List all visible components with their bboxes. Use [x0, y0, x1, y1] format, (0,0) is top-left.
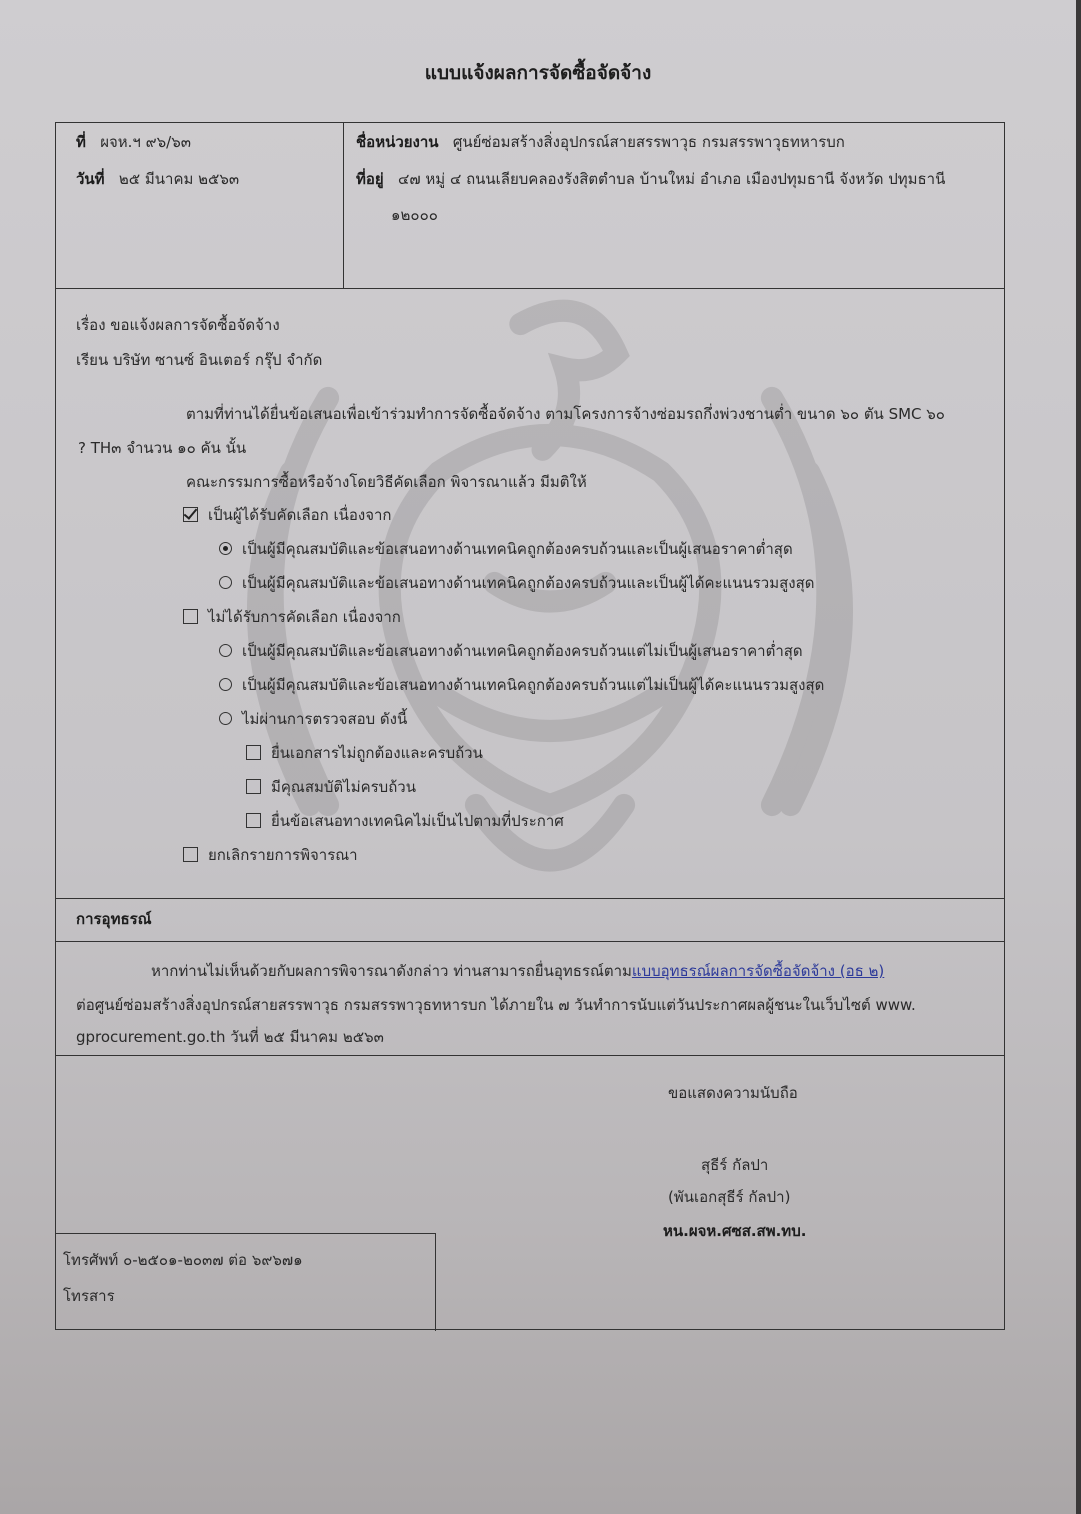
agency-name: ชื่อหน่วยงาน ศูนย์ซ่อมสร้างสิ่งอุปกรณ์สา…	[356, 130, 845, 154]
appeal-line-2: ต่อศูนย์ซ่อมสร้างสิ่งอุปกรณ์สายสรรพาวุธ …	[76, 993, 916, 1017]
fax-number: โทรสาร	[63, 1284, 115, 1308]
reason-failed-inspection[interactable]: ไม่ผ่านการตรวจสอบ ดังนี้	[219, 707, 407, 731]
checkbox-empty-icon[interactable]	[183, 847, 198, 862]
divider	[56, 898, 1004, 899]
body-paragraph-line-1: ตามที่ท่านได้ยื่นข้อเสนอเพื่อเข้าร่วมทำก…	[186, 402, 945, 426]
signer-name: สุธีร์ กัลปา	[701, 1153, 768, 1177]
agency-address: ที่อยู่ ๔๗ หมู่ ๔ ถนนเลียบคลองรังสิตตำบล…	[356, 167, 945, 191]
reason-highest-score[interactable]: เป็นผู้มีคุณสมบัติและข้อเสนอทางด้านเทคนิ…	[219, 571, 814, 595]
failed-documents[interactable]: ยื่นเอกสารไม่ถูกต้องและครบถ้วน	[246, 741, 483, 765]
option-label: เป็นผู้มีคุณสมบัติและข้อเสนอทางด้านเทคนิ…	[242, 574, 814, 592]
postcode: ๑๒๐๐๐	[391, 203, 438, 227]
radio-empty-icon[interactable]	[219, 576, 232, 589]
checkbox-empty-icon[interactable]	[183, 609, 198, 624]
ref-label: ที่	[76, 133, 86, 151]
contact-box: โทรศัพท์ ๐-๒๕๐๑-๒๐๓๗ ต่อ ๖๙๖๗๑ โทรสาร	[55, 1233, 436, 1331]
divider	[56, 941, 1004, 942]
option-label: ยื่นเอกสารไม่ถูกต้องและครบถ้วน	[271, 744, 483, 762]
radio-empty-icon[interactable]	[219, 712, 232, 725]
checkbox-empty-icon[interactable]	[246, 779, 261, 794]
option-label: มีคุณสมบัติไม่ครบถ้วน	[271, 778, 416, 796]
divider	[343, 123, 344, 289]
recipient-line: เรียน บริษัท ซานซ์ อินเตอร์ กรุ๊ป จำกัด	[76, 348, 322, 372]
failed-technical-proposal[interactable]: ยื่นข้อเสนอทางเทคนิคไม่เป็นไปตามที่ประกา…	[246, 809, 564, 833]
ref-value: ผจห.ฯ ๙๖/๖๓	[100, 133, 191, 151]
address-value: ๔๗ หมู่ ๔ ถนนเลียบคลองรังสิตตำบล บ้านใหม…	[398, 170, 945, 188]
document-page: แบบแจ้งผลการจัดซื้อจัดจ้าง ที่ ผจห.ฯ ๙๖/…	[0, 0, 1076, 1514]
reference-number: ที่ ผจห.ฯ ๙๖/๖๓	[76, 130, 191, 154]
form-frame: ที่ ผจห.ฯ ๙๖/๖๓ วันที่ ๒๕ มีนาคม ๒๕๖๓ ชื…	[55, 122, 1005, 1330]
signer-position: หน.ผจห.ศซส.สพ.ทบ.	[663, 1219, 806, 1243]
reason-lowest-price[interactable]: เป็นผู้มีคุณสมบัติและข้อเสนอทางด้านเทคนิ…	[219, 537, 793, 561]
date-label: วันที่	[76, 170, 105, 188]
agency-value: ศูนย์ซ่อมสร้างสิ่งอุปกรณ์สายสรรพาวุธ กรม…	[453, 133, 845, 151]
signer-full-name: (พันเอกสุธีร์ กัลปา)	[668, 1185, 790, 1209]
radio-empty-icon[interactable]	[219, 644, 232, 657]
committee-decision-line: คณะกรรมการซื้อหรือจ้างโดยวิธีคัดเลือก พิ…	[186, 470, 587, 494]
date-value: ๒๕ มีนาคม ๒๕๖๓	[119, 170, 239, 188]
body-paragraph-line-2: ? TH๓ จำนวน ๑๐ คัน นั้น	[78, 436, 246, 460]
checkbox-checked-icon[interactable]	[183, 507, 198, 522]
divider	[56, 1055, 1004, 1056]
option-label: ไม่ได้รับการคัดเลือก เนื่องจาก	[208, 608, 401, 626]
reason-not-lowest-price[interactable]: เป็นผู้มีคุณสมบัติและข้อเสนอทางด้านเทคนิ…	[219, 639, 803, 663]
option-label: ยื่นข้อเสนอทางเทคนิคไม่เป็นไปตามที่ประกา…	[271, 812, 564, 830]
option-label: ยกเลิกรายการพิจารณา	[208, 846, 358, 864]
document-date: วันที่ ๒๕ มีนาคม ๒๕๖๓	[76, 167, 239, 191]
appeal-line-1: หากท่านไม่เห็นด้วยกับผลการพิจารณาดังกล่า…	[151, 959, 884, 983]
option-not-selected[interactable]: ไม่ได้รับการคัดเลือก เนื่องจาก	[183, 605, 401, 629]
radio-selected-icon[interactable]	[219, 542, 232, 555]
option-cancel[interactable]: ยกเลิกรายการพิจารณา	[183, 843, 358, 867]
option-label: เป็นผู้มีคุณสมบัติและข้อเสนอทางด้านเทคนิ…	[242, 676, 824, 694]
closing-phrase: ขอแสดงความนับถือ	[668, 1081, 798, 1105]
subject-line: เรื่อง ขอแจ้งผลการจัดซื้อจัดจ้าง	[76, 313, 280, 337]
radio-empty-icon[interactable]	[219, 678, 232, 691]
checkbox-empty-icon[interactable]	[246, 745, 261, 760]
appeal-text: หากท่านไม่เห็นด้วยกับผลการพิจารณาดังกล่า…	[151, 962, 632, 980]
appeal-heading: การอุทธรณ์	[76, 907, 152, 931]
address-label: ที่อยู่	[356, 170, 384, 188]
appeal-line-3: gprocurement.go.th วันที่ ๒๕ มีนาคม ๒๕๖๓	[76, 1025, 384, 1049]
agency-label: ชื่อหน่วยงาน	[356, 133, 439, 151]
phone-number: โทรศัพท์ ๐-๒๕๐๑-๒๐๓๗ ต่อ ๖๙๖๗๑	[63, 1248, 303, 1272]
appeal-form-link[interactable]: แบบอุทธรณ์ผลการจัดซื้อจัดจ้าง (อธ ๒)	[632, 962, 884, 980]
option-label: เป็นผู้มีคุณสมบัติและข้อเสนอทางด้านเทคนิ…	[242, 642, 803, 660]
checkbox-empty-icon[interactable]	[246, 813, 261, 828]
reason-not-highest-score[interactable]: เป็นผู้มีคุณสมบัติและข้อเสนอทางด้านเทคนิ…	[219, 673, 824, 697]
option-label: เป็นผู้ได้รับคัดเลือก เนื่องจาก	[208, 506, 392, 524]
option-label: เป็นผู้มีคุณสมบัติและข้อเสนอทางด้านเทคนิ…	[242, 540, 793, 558]
option-selected[interactable]: เป็นผู้ได้รับคัดเลือก เนื่องจาก	[183, 503, 392, 527]
page-title: แบบแจ้งผลการจัดซื้อจัดจ้าง	[0, 58, 1076, 88]
failed-qualifications[interactable]: มีคุณสมบัติไม่ครบถ้วน	[246, 775, 416, 799]
option-label: ไม่ผ่านการตรวจสอบ ดังนี้	[242, 710, 407, 728]
divider	[56, 288, 1004, 289]
